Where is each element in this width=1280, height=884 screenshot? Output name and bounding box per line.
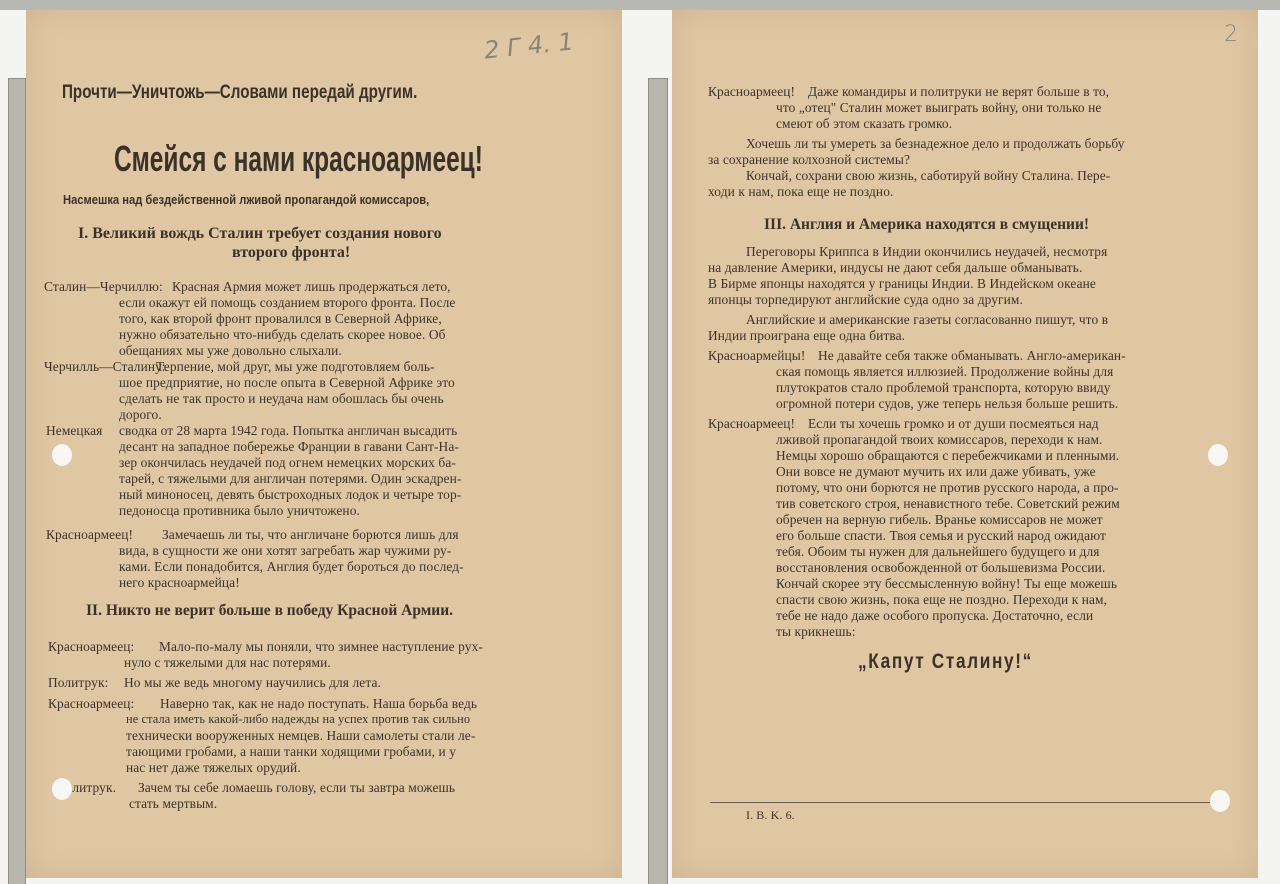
text-line: Замечаешь ли ты, что англичане борются л… bbox=[162, 527, 459, 543]
section-1-heading-line-2: второго фронта! bbox=[232, 244, 350, 262]
text-line: тающими гробами, а наши танки ходящими г… bbox=[126, 744, 456, 760]
text-line: Наверно так, как не надо поступать. Наша… bbox=[160, 696, 477, 712]
text-line: ты крикнешь: bbox=[776, 624, 856, 640]
text-line: шое предприятие, но после опыта в Северн… bbox=[119, 375, 455, 391]
text-line: него красноармейца! bbox=[119, 575, 240, 591]
text-line: ками. Если понадобится, Англия будет бор… bbox=[119, 559, 464, 575]
text-line: технически вооруженных немцев. Наши само… bbox=[126, 728, 475, 744]
leaflet-page-1: 2 Г 4. 1 Прочти—Уничтожь—Словами передай… bbox=[26, 10, 622, 878]
text-line: ходи к нам, пока еще не поздно. bbox=[708, 184, 893, 200]
text-line: его больше спасти. Твоя семья и русский … bbox=[776, 528, 1106, 544]
text-line: лживой пропагандой твоих комиссаров, пер… bbox=[776, 432, 1103, 448]
speaker-label: Красноармейцы! bbox=[708, 348, 805, 364]
text-line: что „отец" Сталин может выиграть войну, … bbox=[776, 100, 1101, 116]
text-line: Переговоры Криппса в Индии окончились не… bbox=[746, 244, 1107, 260]
text-line: Хочешь ли ты умереть за безнадежное дело… bbox=[746, 136, 1125, 152]
text-line: тебя. Обоим ты нужен для дальнейшего буд… bbox=[776, 544, 1100, 560]
page-number: 2 bbox=[1224, 22, 1238, 47]
text-line: нуло с тяжелыми для нас потерями. bbox=[124, 655, 331, 671]
text-line: педоносца противника было уничтожено. bbox=[119, 503, 360, 519]
text-line: спасти свою жизнь, пока еще не поздно. П… bbox=[776, 592, 1107, 608]
punch-hole bbox=[52, 444, 72, 466]
closing-slogan: „Капут Сталину!“ bbox=[858, 650, 1033, 674]
text-line: нас нет даже тяжелых орудий. bbox=[126, 760, 301, 776]
leaflet-title: Смейся с нами красноармеец! bbox=[114, 138, 483, 180]
text-line: восстановления освобожденной от большеви… bbox=[776, 560, 1105, 576]
speaker-label: Красноармеец: bbox=[48, 639, 134, 655]
scanner-top-strip bbox=[0, 0, 1280, 10]
text-line: Английские и американские газеты согласо… bbox=[746, 312, 1108, 328]
leaflet-subtitle: Насмешка над бездейственной лживой пропа… bbox=[63, 192, 429, 207]
section-1-heading-line-1: I. Великий вождь Сталин требует создания… bbox=[78, 225, 442, 242]
text-line: зер окончилась неудачей под огнем немецк… bbox=[119, 455, 456, 471]
text-line: Немцы хорошо обращаются с перебежчиками … bbox=[776, 448, 1119, 464]
text-line: Не давайте себя также обманывать. Англо-… bbox=[818, 348, 1126, 364]
text-line: Зачем ты себе ломаешь голову, если ты за… bbox=[138, 780, 455, 796]
text-line: тив советского строя, ненавистного тебе.… bbox=[776, 496, 1120, 512]
punch-hole bbox=[1210, 790, 1230, 812]
text-line: плутократов стало проблемой транспорта, … bbox=[776, 380, 1111, 396]
text-line: Они вовсе не думают мучить их или даже у… bbox=[776, 464, 1096, 480]
text-line: В Бирме японцы находятся у границы Индии… bbox=[708, 276, 1096, 292]
text-line: обречен на верную гибель. Вранье комисса… bbox=[776, 512, 1103, 528]
speaker-label: Красноармеец! bbox=[46, 527, 133, 543]
slogan: Прочти—Уничтожь—Словами передай другим. bbox=[62, 82, 417, 104]
speaker-label: Красноармеец: bbox=[48, 696, 134, 712]
text-line: огромной потери судов, уже теперь нельзя… bbox=[776, 396, 1118, 412]
text-line: за сохранение колхозной системы? bbox=[708, 152, 910, 168]
punch-hole bbox=[1208, 444, 1228, 466]
section-3-heading: III. Англия и Америка находятся в смущен… bbox=[764, 216, 1089, 234]
speaker-label: Красноармеец! bbox=[708, 416, 795, 432]
speaker-label: Сталин—Черчиллю: bbox=[44, 279, 163, 295]
text-line: ская помощь является иллюзией. Продолжен… bbox=[776, 364, 1113, 380]
text-line: тарей, с тяжелыми для англичан потерями.… bbox=[119, 471, 461, 487]
speaker-label: Немецкая bbox=[46, 423, 102, 439]
text-line: Но мы же ведь многому научились для лета… bbox=[124, 675, 381, 691]
text-line: потому, что они борются не против русско… bbox=[776, 480, 1119, 496]
leaflet-page-2: 2 Красноармеец! Даже командиры и политру… bbox=[672, 10, 1258, 878]
footer-divider bbox=[710, 802, 1218, 803]
text-line: японцы торпедируют английские суда одно … bbox=[708, 292, 1023, 308]
text-line: Индии проиграна еще одна битва. bbox=[708, 328, 905, 344]
text-line: вида, в сущности же они хотят загребать … bbox=[119, 543, 451, 559]
speaker-label: Черчилль—Сталину: bbox=[44, 359, 166, 375]
text-line: не стала иметь какой-либо надежды на усп… bbox=[126, 712, 470, 728]
text-line: стать мертвым. bbox=[129, 796, 217, 812]
text-line: сводка от 28 марта 1942 года. Попытка ан… bbox=[119, 423, 457, 439]
text-line: Кончай, сохрани свою жизнь, саботируй во… bbox=[746, 168, 1110, 184]
text-line: Даже командиры и политруки не верят боль… bbox=[808, 84, 1109, 100]
section-1-heading: I. Великий вождь Сталин требует создания… bbox=[78, 225, 442, 243]
text-line: на давление Америки, индусы не дают себя… bbox=[708, 260, 1082, 276]
text-line: тебе не надо даже особого пропуска. Дост… bbox=[776, 608, 1093, 624]
text-line: нужно обязательно что-нибудь сделать ско… bbox=[119, 327, 446, 343]
left-mount-board bbox=[8, 78, 26, 884]
text-line: если окажут ей помощь созданием второго … bbox=[119, 295, 455, 311]
speaker-label: Политрук: bbox=[48, 675, 108, 691]
text-line: ный миноносец, девять быстроходных лодок… bbox=[119, 487, 461, 503]
text-line: сделать не так просто и неудача нам обош… bbox=[119, 391, 444, 407]
text-line: Мало-по-малу мы поняли, что зимнее насту… bbox=[159, 639, 483, 655]
text-line: Если ты хочешь громко и от души посмеять… bbox=[808, 416, 1099, 432]
speaker-label: Красноармеец! bbox=[708, 84, 795, 100]
right-mount-board bbox=[648, 78, 668, 884]
text-line: Красная Армия может лишь продержаться ле… bbox=[172, 279, 451, 295]
text-line: смеют об этом сказать громко. bbox=[776, 116, 952, 132]
text-line: дорого. bbox=[119, 407, 162, 423]
text-line: Терпение, мой друг, мы уже подготовляем … bbox=[156, 359, 435, 375]
footer-code: I. B. K. 6. bbox=[746, 808, 795, 824]
text-line: Кончай скорее эту бессмысленную войну! Т… bbox=[776, 576, 1117, 592]
text-line: того, как второй фронт провалился в Севе… bbox=[119, 311, 442, 327]
text-line: десант на западное побережье Франции в г… bbox=[119, 439, 459, 455]
text-line: обещаниях мы уже довольно слыхали. bbox=[119, 343, 342, 359]
handwritten-archive-note: 2 Г 4. 1 bbox=[483, 27, 575, 64]
punch-hole bbox=[52, 778, 72, 800]
section-2-heading: II. Никто не верит больше в победу Красн… bbox=[86, 602, 453, 620]
